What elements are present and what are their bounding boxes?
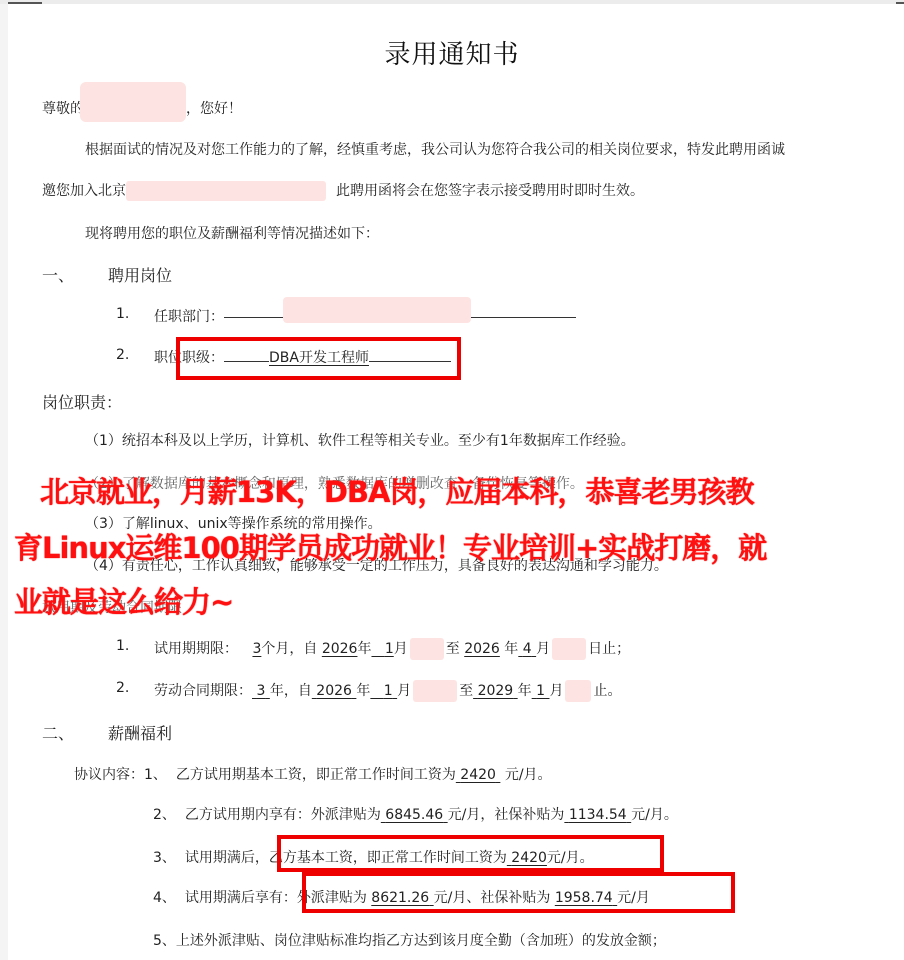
redacted-department <box>283 297 471 323</box>
intro-line-2: 邀您加入北京此聘用函将会在您签字表示接受聘用时即时生效。 <box>42 180 644 201</box>
contract-num: 2. <box>116 680 129 696</box>
redacted-date <box>410 638 444 660</box>
probation-num: 1. <box>116 638 129 654</box>
redacted-date <box>552 638 586 660</box>
page-title: 录用通知书 <box>0 34 904 71</box>
greeting: 尊敬的，您好！ <box>42 96 242 122</box>
redacted-date <box>413 680 457 702</box>
probation-base-salary: 2420 <box>460 767 496 783</box>
department-label: 任职部门： <box>154 309 224 325</box>
contract-line: 劳动合同期限： 3 年，自 2026 年 1 月至 2029 年 1 月止。 <box>154 680 621 702</box>
probation-label: 试用期期限： <box>154 641 238 657</box>
highlight-allowances <box>302 872 735 913</box>
promo-overlay-line-1: 北京就业，月薪13K，DBA岗，应届本科，恭喜老男孩教 <box>40 470 753 511</box>
salary-item-1: 协议内容：1、 乙方试用期基本工资，即正常工作时间工资为 2420 元/月。 <box>74 764 552 784</box>
highlight-base-salary <box>277 835 664 872</box>
intro-line-3: 现将聘用您的职位及薪酬福利等情况描述如下： <box>85 223 379 243</box>
promo-overlay-line-2: 育Linux运维100期学员成功就业！专业培训+实战打磨，就 <box>14 526 766 567</box>
section-2-heading: 薪酬福利 <box>108 721 172 744</box>
salary-item-5: 5、上述外派津贴、岗位津贴标准均指乙方达到该月度全勤（含加班）的发放金额； <box>153 930 666 950</box>
duties-heading: 岗位职责： <box>42 390 122 413</box>
redacted-date <box>565 680 591 702</box>
section-1-number: 一、 <box>42 263 74 286</box>
probation-social-subsidy: 1134.54 <box>569 807 627 823</box>
section-2-number: 二、 <box>42 721 74 744</box>
duty-item-1: （1）统招本科及以上学历，计算机、软件工程等相关专业。至少有1年数据库工作经验。 <box>85 430 635 450</box>
probation-allowance: 6845.46 <box>385 807 443 823</box>
position-item-2-num: 2. <box>116 347 129 363</box>
probation-line: 试用期期限： 3个月，自 2026年 1月至 2026 年 4 月日止； <box>154 638 630 660</box>
intro-line-1: 根据面试的情况及对您工作能力的了解，经慎重考虑，我公司认为您符合我公司的相关岗位… <box>85 139 785 159</box>
contract-label: 劳动合同期限： <box>154 683 252 699</box>
intro-line-2-prefix: 邀您加入北京 <box>42 183 126 199</box>
intro-line-2-suffix: 此聘用函将会在您签字表示接受聘用时即时生效。 <box>336 183 644 199</box>
position-item-1-num: 1. <box>116 306 129 322</box>
salary-item-2: 2、 乙方试用期内享有：外派津贴为 6845.46 元/月，社保补贴为 1134… <box>153 804 678 824</box>
greeting-suffix: ，您好！ <box>186 101 242 117</box>
highlight-job-title <box>176 337 461 380</box>
redacted-company <box>126 181 326 201</box>
greeting-prefix: 尊敬的 <box>42 101 84 117</box>
section-1-heading: 聘用岗位 <box>108 263 172 286</box>
promo-overlay-line-3: 业就是这么给力~ <box>14 580 233 621</box>
redacted-name <box>80 82 186 122</box>
